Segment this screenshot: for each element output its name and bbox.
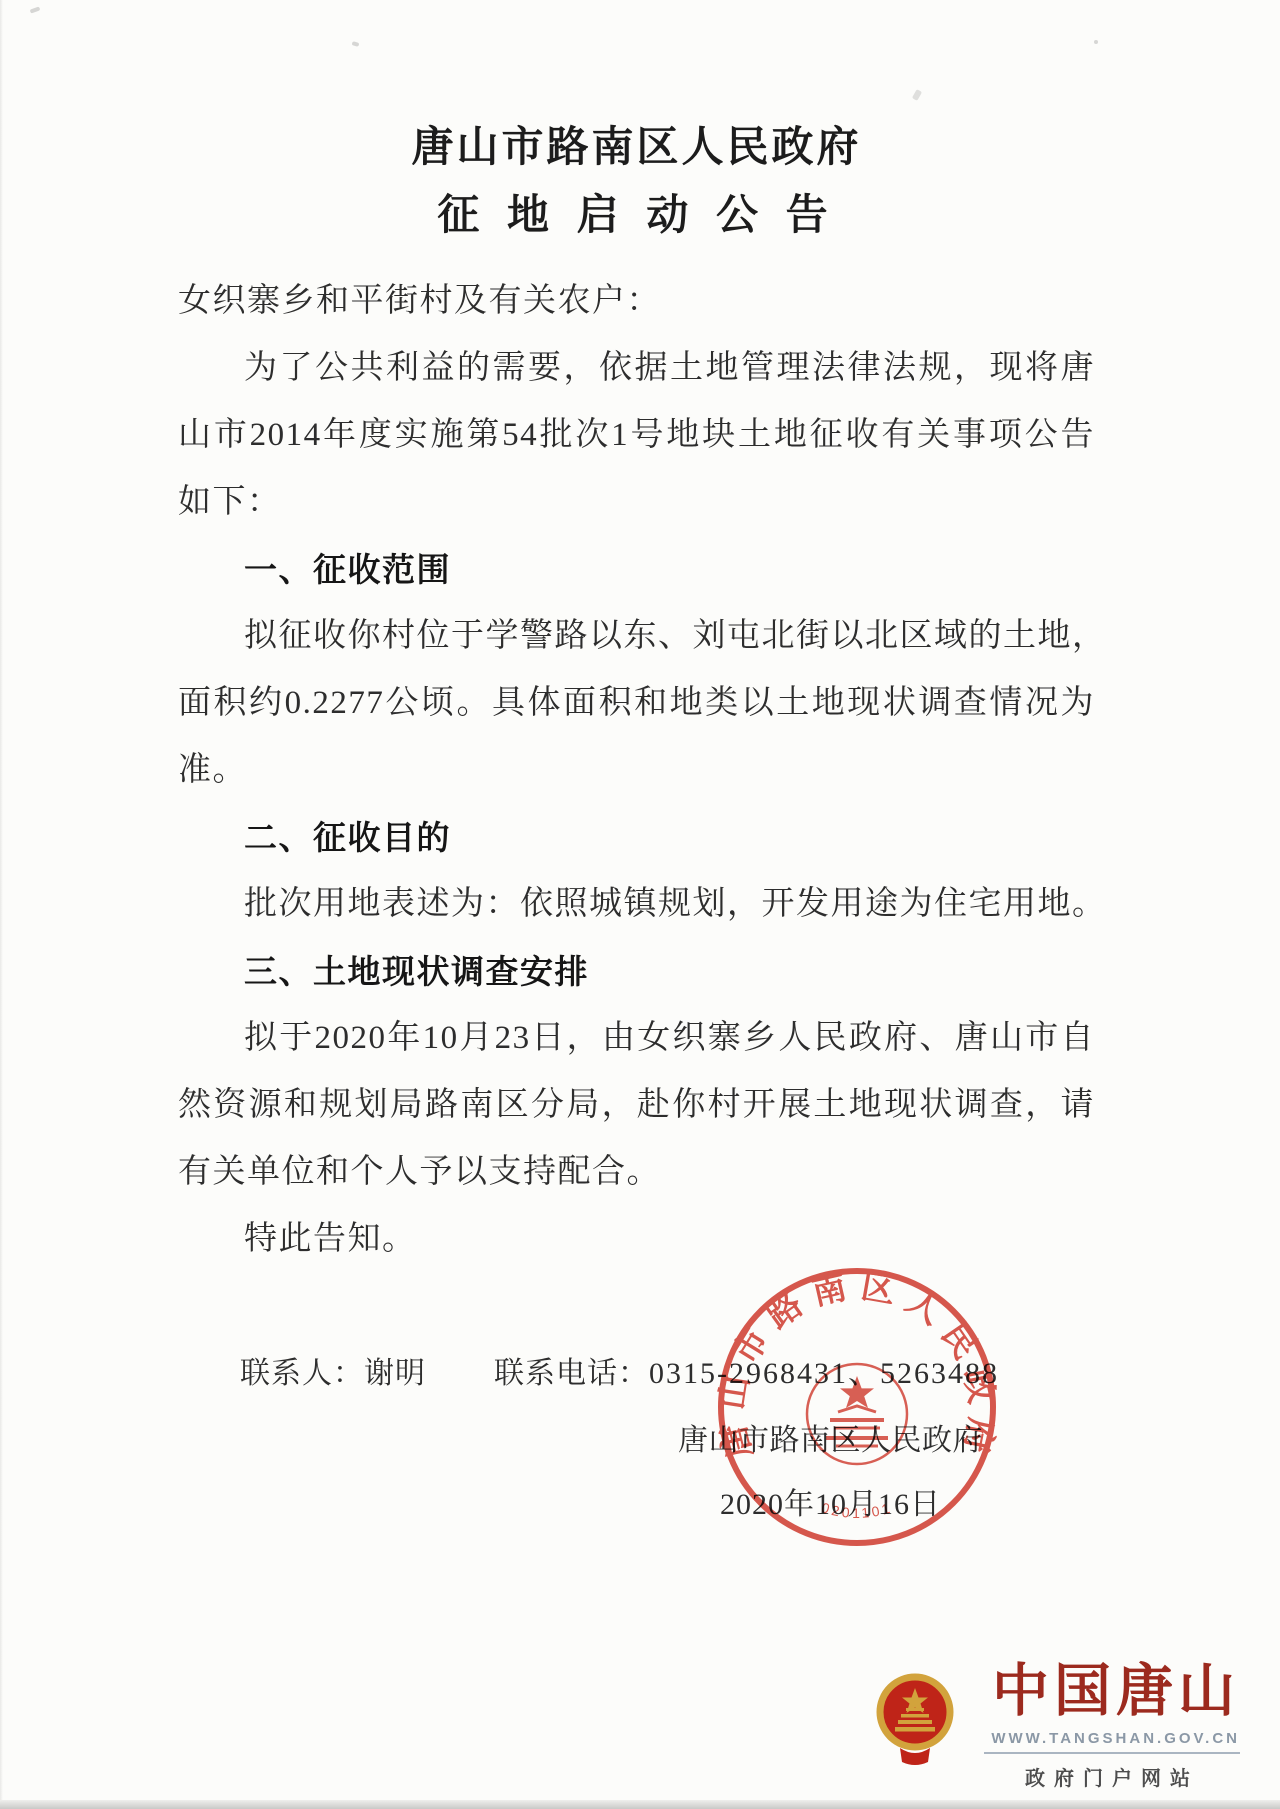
paragraph-line: 有关单位和个人予以支持配合。 [178, 1139, 1095, 1206]
issue-date: 2020年10月16日 [678, 1474, 983, 1536]
paragraph-line: 为了公共利益的需要，依据土地管理法律法规，现将唐 [178, 335, 1095, 402]
paragraph-line: 拟于2020年10月23日，由女织寨乡人民政府、唐山市自 [178, 1005, 1095, 1072]
section-heading: 三、土地现状调查安排 [178, 938, 1095, 1005]
blank-line [178, 1273, 1095, 1340]
footer-divider [984, 1752, 1240, 1754]
site-brand: 中国唐山 [984, 1660, 1240, 1724]
section-heading: 二、征收目的 [178, 804, 1095, 871]
scan-speck [1094, 40, 1098, 44]
site-caption: 政府门户网站 [984, 1762, 1240, 1791]
paragraph-line: 批次用地表述为：依照城镇规划，开发用途为住宅用地。 [178, 871, 1095, 938]
portal-logo-block: 中国唐山 WWW.TANGSHAN.GOV.CN 政府门户网站 [870, 1660, 1240, 1791]
contact-person: 谢明 [364, 1357, 426, 1390]
site-url: WWW.TANGSHAN.GOV.CN [984, 1730, 1240, 1747]
document-subtitle: 征 地 启 动 公 告 [178, 186, 1095, 244]
signature-area: 唐山市路南区人民政府 2020年10月16日 [178, 1407, 1095, 1536]
scan-edge-bottom [0, 1800, 1280, 1809]
paragraph-line: 如下： [178, 469, 1095, 536]
document-body: 唐山市路南区人民政府 征 地 启 动 公 告 女织寨乡和平街村及有关农户： 为了… [178, 0, 1095, 1536]
salutation: 女织寨乡和平街村及有关农户： [178, 268, 1095, 335]
national-emblem-icon [870, 1670, 960, 1766]
document-title: 唐山市路南区人民政府 [178, 118, 1095, 176]
paragraph-line: 拟征收你村位于学警路以东、刘屯北街以北区域的土地， [178, 603, 1095, 670]
paragraph-line: 面积约0.2277公顷。具体面积和地类以土地现状调查情况为 [178, 670, 1095, 737]
contact-phone-numbers: 0315-2968431、5263488 [649, 1357, 999, 1390]
section-heading: 一、征收范围 [178, 536, 1095, 603]
document-header: 唐山市路南区人民政府 征 地 启 动 公 告 [178, 0, 1095, 244]
contact-phone-label: 联系电话： [494, 1357, 649, 1390]
paragraph-line: 山市2014年度实施第54批次1号地块土地征收有关事项公告 [178, 402, 1095, 469]
paragraph-line: 然资源和规划局路南区分局，赴你村开展土地现状调查，请 [178, 1072, 1095, 1139]
issuer-signature: 唐山市路南区人民政府 [678, 1407, 983, 1474]
scan-edge-left [0, 0, 3, 1809]
paragraph-line: 特此告知。 [178, 1206, 1095, 1273]
contact-line: 联系人：谢明联系电话：0315-2968431、5263488 [178, 1340, 1095, 1407]
paragraphs: 为了公共利益的需要，依据土地管理法律法规，现将唐山市2014年度实施第54批次1… [178, 335, 1095, 1273]
scanned-document-page: 唐山市路南区人民政府 征 地 启 动 公 告 女织寨乡和平街村及有关农户： 为了… [0, 0, 1280, 1809]
contact-person-label: 联系人： [240, 1357, 364, 1390]
scan-speck [30, 6, 41, 13]
paragraph-line: 准。 [178, 737, 1095, 804]
